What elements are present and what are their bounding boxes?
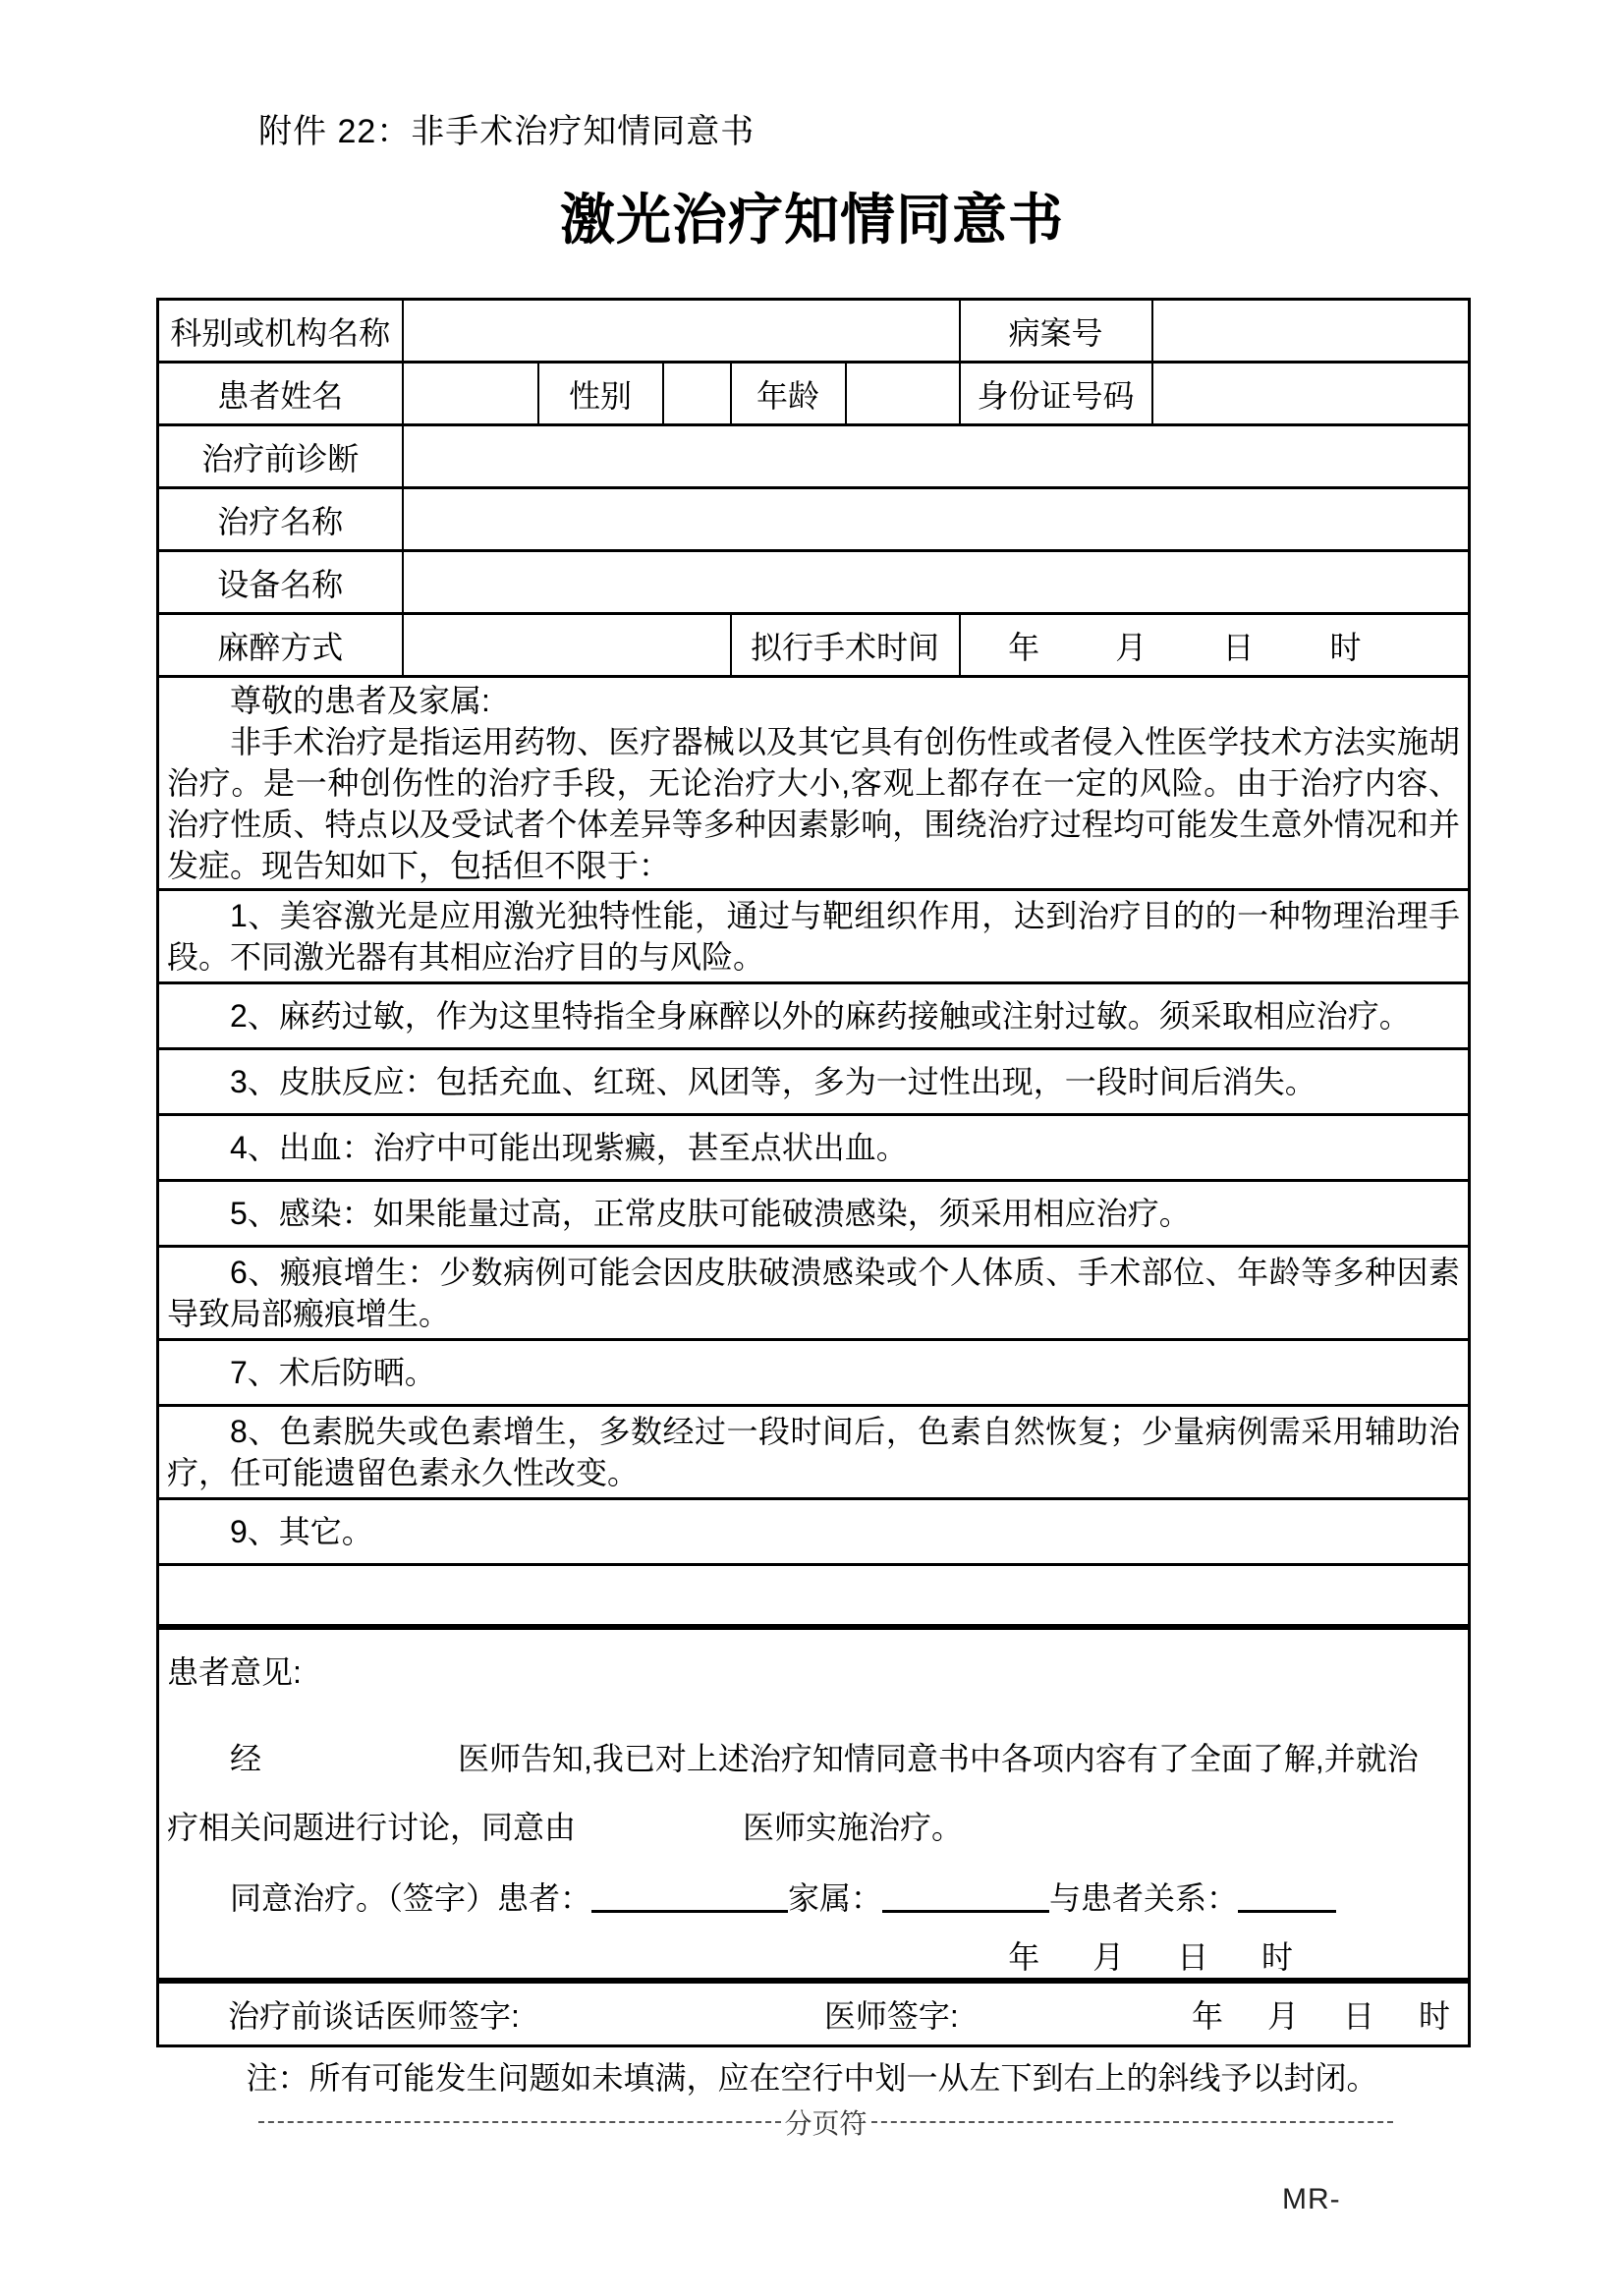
planned-time-date-cell[interactable]: 年 月 日 时 bbox=[960, 614, 1470, 677]
row-intro: 尊敬的患者及家属: 非手术治疗是指运用药物、医疗器械以及其它具有创伤性或者侵入性… bbox=[158, 677, 1470, 890]
row-department: 科别或机构名称 病案号 bbox=[158, 300, 1470, 363]
patient-name-input-cell[interactable] bbox=[403, 363, 538, 425]
case-no-label: 病案号 bbox=[960, 300, 1152, 363]
row-doctor-signature: 治疗前谈话医师签字: 医师签字: 年月日时 bbox=[158, 1981, 1470, 2046]
row-risk-item: 6、瘢痕增生：少数病例可能会因皮肤破溃感染或个人体质、手术部位、年龄等多种因素导… bbox=[158, 1247, 1470, 1340]
doctor-signature-line: 治疗前谈话医师签字: 医师签字: 年月日时 bbox=[167, 1991, 1460, 2037]
pre-diagnosis-label: 治疗前诊断 bbox=[158, 425, 403, 488]
treatment-name-label: 治疗名称 bbox=[158, 488, 403, 551]
date-unit-hour: 时 bbox=[1261, 1939, 1293, 1975]
row-device-name: 设备名称 bbox=[158, 551, 1470, 614]
row-empty-spacer bbox=[158, 1565, 1470, 1627]
risk-item-text: 7、术后防晒。 bbox=[167, 1352, 1460, 1393]
risk-item-text: 9、其它。 bbox=[167, 1511, 1460, 1552]
risk-item-cell: 6、瘢痕增生：少数病例可能会因皮肤破溃感染或个人体质、手术部位、年龄等多种因素导… bbox=[158, 1247, 1470, 1340]
row-pre-diagnosis: 治疗前诊断 bbox=[158, 425, 1470, 488]
case-no-input-cell[interactable] bbox=[1152, 300, 1470, 363]
date-unit-month: 月 bbox=[1267, 1998, 1299, 2034]
signature-date-line[interactable]: 年月日时 bbox=[1148, 1991, 1450, 2037]
row-treatment-name: 治疗名称 bbox=[158, 488, 1470, 551]
risk-item-text: 8、色素脱失或色素增生，多数经过一段时间后，色素自然恢复；少量病例需采用辅助治疗… bbox=[167, 1411, 1460, 1493]
opinion-line1-suffix: 医师告知,我已对上述治疗知情同意书中各项内容有了全面了解,并就治 bbox=[458, 1741, 1419, 1776]
consent-sign-lead: 同意治疗。（签字）患者： bbox=[230, 1880, 591, 1916]
planned-time-label: 拟行手术时间 bbox=[731, 614, 960, 677]
row-risk-item: 7、术后防晒。 bbox=[158, 1340, 1470, 1406]
risk-item-text: 3、皮肤反应：包括充血、红斑、风团等，多为一过性出现，一段时间后消失。 bbox=[167, 1061, 1460, 1102]
opinion-date-line[interactable]: 年 月 日 时 bbox=[167, 1936, 1460, 1978]
intro-salutation: 尊敬的患者及家属: bbox=[167, 680, 1460, 721]
opinion-statement-line2: 疗相关问题进行讨论，同意由医师实施治疗。 bbox=[167, 1807, 1460, 1848]
family-signature-blank[interactable] bbox=[882, 1903, 1049, 1913]
doctor-signature-cell: 治疗前谈话医师签字: 医师签字: 年月日时 bbox=[158, 1981, 1470, 2046]
consent-form-table: 科别或机构名称 病案号 患者姓名 性别 年龄 身份证号码 治疗前诊断 治疗名称 bbox=[156, 298, 1471, 2047]
anesthesia-input-cell[interactable] bbox=[403, 614, 731, 677]
family-label: 家属： bbox=[788, 1880, 882, 1916]
risk-item-text: 2、麻药过敏，作为这里特指全身麻醉以外的麻药接触或注射过敏。须采取相应治疗。 bbox=[167, 995, 1460, 1036]
row-risk-item: 1、美容激光是应用激光独特性能，通过与靶组织作用，达到治疗目的的一种物理治理手段… bbox=[158, 890, 1470, 983]
page-break-separator: 分页符 bbox=[258, 2102, 1393, 2142]
planned-time-date: 年 月 日 时 bbox=[971, 623, 1400, 668]
id-number-input-cell[interactable] bbox=[1152, 363, 1470, 425]
date-unit-month: 月 bbox=[1115, 623, 1147, 668]
department-label: 科别或机构名称 bbox=[158, 300, 403, 363]
patient-name-label: 患者姓名 bbox=[158, 363, 403, 425]
row-risk-item: 2、麻药过敏，作为这里特指全身麻醉以外的麻药接触或注射过敏。须采取相应治疗。 bbox=[158, 983, 1470, 1049]
risk-item-text: 5、感染：如果能量过高，正常皮肤可能破溃感染，须采用相应治疗。 bbox=[167, 1193, 1460, 1234]
risk-item-cell: 4、出血：治疗中可能出现紫癜，甚至点状出血。 bbox=[158, 1115, 1470, 1181]
risk-item-cell: 5、感染：如果能量过高，正常皮肤可能破溃感染，须采用相应治疗。 bbox=[158, 1181, 1470, 1247]
gender-input-cell[interactable] bbox=[663, 363, 731, 425]
page-title: 激光治疗知情同意书 bbox=[0, 177, 1624, 255]
bottom-note: 注：所有可能发生问题如未填满，应在空行中划一从左下到右上的斜线予以封闭。 bbox=[0, 2053, 1624, 2099]
opinion-line2-prefix: 疗相关问题进行讨论，同意由 bbox=[167, 1810, 576, 1845]
risk-item-cell: 2、麻药过敏，作为这里特指全身麻醉以外的麻药接触或注射过敏。须采取相应治疗。 bbox=[158, 983, 1470, 1049]
date-unit-day: 日 bbox=[1177, 1939, 1208, 1975]
date-unit-day: 日 bbox=[1222, 623, 1254, 668]
anesthesia-label: 麻醉方式 bbox=[158, 614, 403, 677]
talk-doctor-label: 治疗前谈话医师签字: bbox=[228, 1991, 520, 2037]
medical-record-mark: MR- bbox=[1282, 2183, 1341, 2216]
age-label: 年龄 bbox=[731, 363, 846, 425]
row-risk-item: 4、出血：治疗中可能出现紫癜，甚至点状出血。 bbox=[158, 1115, 1470, 1181]
risk-item-cell: 9、其它。 bbox=[158, 1499, 1470, 1565]
risk-item-cell: 8、色素脱失或色素增生，多数经过一段时间后，色素自然恢复；少量病例需采用辅助治疗… bbox=[158, 1406, 1470, 1499]
opinion-line1-prefix: 经 bbox=[230, 1741, 261, 1776]
risk-item-text: 4、出血：治疗中可能出现紫癜，甚至点状出血。 bbox=[167, 1127, 1460, 1168]
row-anesthesia: 麻醉方式 拟行手术时间 年 月 日 时 bbox=[158, 614, 1470, 677]
opinion-statement-line1: 经医师告知,我已对上述治疗知情同意书中各项内容有了全面了解,并就治 bbox=[167, 1738, 1460, 1779]
risk-item-text: 1、美容激光是应用激光独特性能，通过与靶组织作用，达到治疗目的的一种物理治理手段… bbox=[167, 895, 1460, 978]
page-break-dash-left bbox=[258, 2121, 781, 2123]
date-unit-hour: 时 bbox=[1329, 623, 1361, 668]
row-risk-item: 9、其它。 bbox=[158, 1499, 1470, 1565]
patient-opinion-cell: 患者意见: 经医师告知,我已对上述治疗知情同意书中各项内容有了全面了解,并就治 … bbox=[158, 1627, 1470, 1981]
date-unit-year: 年 bbox=[1192, 1998, 1223, 2034]
consent-signature-line: 同意治疗。（签字）患者：家属：与患者关系： bbox=[167, 1876, 1460, 1921]
consent-form-page: 附件 22：非手术治疗知情同意书 激光治疗知情同意书 科别或机构名称 病案号 患… bbox=[0, 0, 1624, 2296]
department-input-cell[interactable] bbox=[403, 300, 960, 363]
risk-item-cell: 3、皮肤反应：包括充血、红斑、风团等，多为一过性出现，一段时间后消失。 bbox=[158, 1049, 1470, 1115]
page-break-dash-right bbox=[871, 2121, 1394, 2123]
relation-label: 与患者关系： bbox=[1049, 1880, 1238, 1916]
empty-spacer-cell[interactable] bbox=[158, 1565, 1470, 1627]
age-input-cell[interactable] bbox=[846, 363, 960, 425]
device-name-label: 设备名称 bbox=[158, 551, 403, 614]
row-risk-item: 5、感染：如果能量过高，正常皮肤可能破溃感染，须采用相应治疗。 bbox=[158, 1181, 1470, 1247]
row-risk-item: 3、皮肤反应：包括充血、红斑、风团等，多为一过性出现，一段时间后消失。 bbox=[158, 1049, 1470, 1115]
risk-item-text: 6、瘢痕增生：少数病例可能会因皮肤破溃感染或个人体质、手术部位、年龄等多种因素导… bbox=[167, 1252, 1460, 1334]
intro-paragraph: 非手术治疗是指运用药物、医疗器械以及其它具有创伤性或者侵入性医学技术方法实施胡治… bbox=[167, 721, 1460, 886]
relation-blank[interactable] bbox=[1238, 1903, 1336, 1913]
row-patient: 患者姓名 性别 年龄 身份证号码 bbox=[158, 363, 1470, 425]
page-break-label: 分页符 bbox=[781, 2102, 871, 2142]
date-unit-year: 年 bbox=[1008, 1939, 1039, 1975]
risk-item-cell: 7、术后防晒。 bbox=[158, 1340, 1470, 1406]
pre-diagnosis-input-cell[interactable] bbox=[403, 425, 1470, 488]
row-patient-opinion: 患者意见: 经医师告知,我已对上述治疗知情同意书中各项内容有了全面了解,并就治 … bbox=[158, 1627, 1470, 1981]
row-risk-item: 8、色素脱失或色素增生，多数经过一段时间后，色素自然恢复；少量病例需采用辅助治疗… bbox=[158, 1406, 1470, 1499]
date-unit-month: 月 bbox=[1092, 1939, 1124, 1975]
attachment-heading: 附件 22：非手术治疗知情同意书 bbox=[258, 104, 755, 152]
patient-signature-blank[interactable] bbox=[591, 1903, 788, 1913]
opinion-line2-suffix: 医师实施治疗。 bbox=[743, 1810, 963, 1845]
risk-item-cell: 1、美容激光是应用激光独特性能，通过与靶组织作用，达到治疗目的的一种物理治理手段… bbox=[158, 890, 1470, 983]
device-name-input-cell[interactable] bbox=[403, 551, 1470, 614]
doctor-sign-label: 医师签字: bbox=[824, 1991, 959, 2037]
date-unit-year: 年 bbox=[1008, 623, 1039, 668]
gender-label: 性别 bbox=[538, 363, 663, 425]
intro-cell: 尊敬的患者及家属: 非手术治疗是指运用药物、医疗器械以及其它具有创伤性或者侵入性… bbox=[158, 677, 1470, 890]
date-unit-day: 日 bbox=[1343, 1998, 1374, 2034]
date-unit-hour: 时 bbox=[1419, 1998, 1450, 2034]
patient-opinion-label: 患者意见: bbox=[167, 1652, 1460, 1693]
treatment-name-input-cell[interactable] bbox=[403, 488, 1470, 551]
id-number-label: 身份证号码 bbox=[960, 363, 1152, 425]
